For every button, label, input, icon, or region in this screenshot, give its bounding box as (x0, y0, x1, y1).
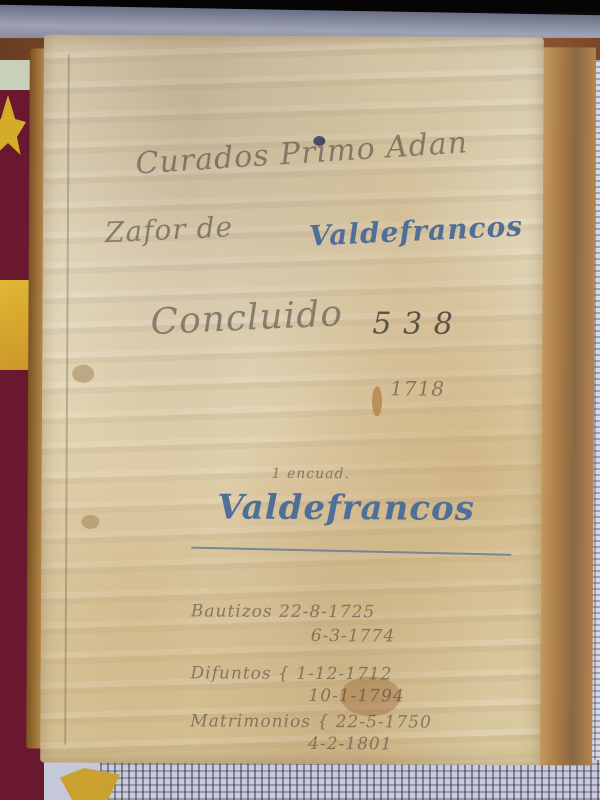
cover-flap (535, 47, 596, 765)
title-underline (191, 547, 511, 556)
photograph: Curados Primo Adan Zafor de Valdefrancos… (0, 0, 600, 800)
handwriting-title: Valdefrancos (217, 488, 475, 529)
record-label-bautizos: Bautizos 22-8-1725 (191, 601, 375, 622)
record-date: 22-8-1725 (279, 602, 375, 623)
record-date-difuntos-end: 10-1-1794 (308, 686, 404, 707)
record-label: Bautizos (191, 601, 273, 621)
stain (72, 365, 94, 383)
handwriting-small-mark: 1 encuad. (272, 466, 350, 482)
stain (81, 515, 99, 529)
record-date-bautizos-end: 6-3-1774 (311, 626, 395, 646)
handwriting-line2-blue: Valdefrancos (308, 210, 523, 253)
record-label-difuntos: Difuntos { 1-12-1712 (191, 663, 393, 684)
vellum-book: Curados Primo Adan Zafor de Valdefrancos… (26, 35, 596, 770)
handwriting-line2-pencil: Zafor de (104, 210, 234, 249)
record-label-matrimonios: Matrimonios { 22-5-1750 (190, 711, 432, 732)
record-date-matrimonios-end: 4-2-1801 (308, 734, 392, 754)
record-label: Matrimonios (190, 711, 311, 732)
handwriting-concluido: Concluido (150, 293, 344, 343)
record-label: Difuntos (191, 663, 272, 683)
fold-crease (64, 55, 70, 745)
handwriting-line1: Curados Primo Adan (135, 125, 470, 181)
stain (372, 386, 382, 416)
handwriting-numbers: 5 3 8 (372, 306, 454, 341)
book-cover: Curados Primo Adan Zafor de Valdefrancos… (40, 35, 544, 766)
record-date: 22-5-1750 (336, 712, 432, 733)
record-date: 1-12-1712 (296, 664, 392, 685)
handwriting-year: 1718 (390, 376, 445, 400)
